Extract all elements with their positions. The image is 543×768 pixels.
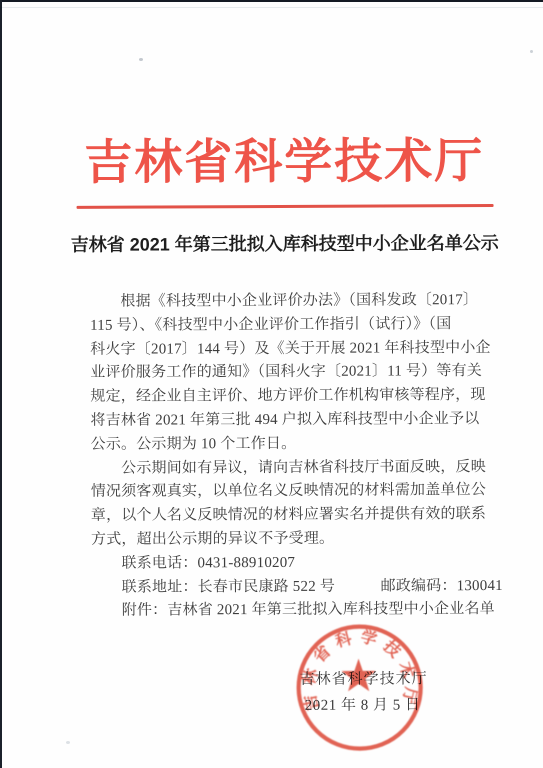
body-text-line: 业评价服务工作的通知》（国科火字〔2021〕11 号）等有关 — [90, 360, 482, 386]
body-text-line: 将吉林省 2021 年第三批 494 户拟入库科技型中小企业予以 — [90, 408, 482, 434]
body-text-line: 章，以个人名义反映情况的材料应署实名并提供有效的联系 — [91, 503, 483, 529]
body-text-line: 规定，经企业自主评价、地方评价工作机构审核等程序，现 — [90, 384, 482, 410]
document-title: 吉林省 2021 年第三批拟入库科技型中小企业名单公示 — [27, 231, 543, 257]
body-text-line: 公示。公示期为 10 个工作日。 — [91, 432, 483, 458]
body-text-line: 科火字〔2017〕144 号）及《关于开展 2021 年科技型中小企 — [90, 337, 482, 363]
letterhead-org-name: 吉林省科学技术厅 — [26, 132, 542, 194]
contact-address-line: 联系地址：长春市民康路 522 号 邮政编码：130041 — [91, 575, 483, 601]
body-text-line: 方式，超出公示期的异议不予受理。 — [91, 527, 483, 553]
letterhead-rule — [77, 204, 494, 208]
body-text-line: 根据《科技型中小企业评价办法》（国科发政〔2017〕 — [90, 289, 482, 315]
official-seal: 吉林省科学技术厅 — [291, 619, 428, 756]
body-paragraph-1: 根据《科技型中小企业评价办法》（国科发政〔2017〕115 号）、《科技型中小企… — [90, 289, 483, 457]
body-paragraph-2: 公示期间如有异议，请向吉林省科技厅书面反映，反映情况须客观真实，以单位名义反映情… — [91, 456, 483, 553]
body-text-line: 情况须客观真实，以单位名义反映情况的材料需加盖单位公 — [91, 479, 483, 505]
document-body: 根据《科技型中小企业评价办法》（国科发政〔2017〕115 号）、《科技型中小企… — [90, 289, 483, 624]
body-text-line: 公示期间如有异议，请向吉林省科技厅书面反映，反映 — [91, 456, 483, 482]
contact-phone-line: 联系电话：0431-88910207 — [91, 551, 483, 577]
scanned-document-page: 吉林省科学技术厅 吉林省 2021 年第三批拟入库科技型中小企业名单公示 根据《… — [0, 0, 543, 768]
document-content: 吉林省科学技术厅 吉林省 2021 年第三批拟入库科技型中小企业名单公示 根据《… — [0, 0, 543, 768]
seal-star-icon — [341, 659, 375, 692]
body-text-line: 115 号）、《科技型中小企业评价工作指引（试行）》（国 — [90, 313, 482, 339]
